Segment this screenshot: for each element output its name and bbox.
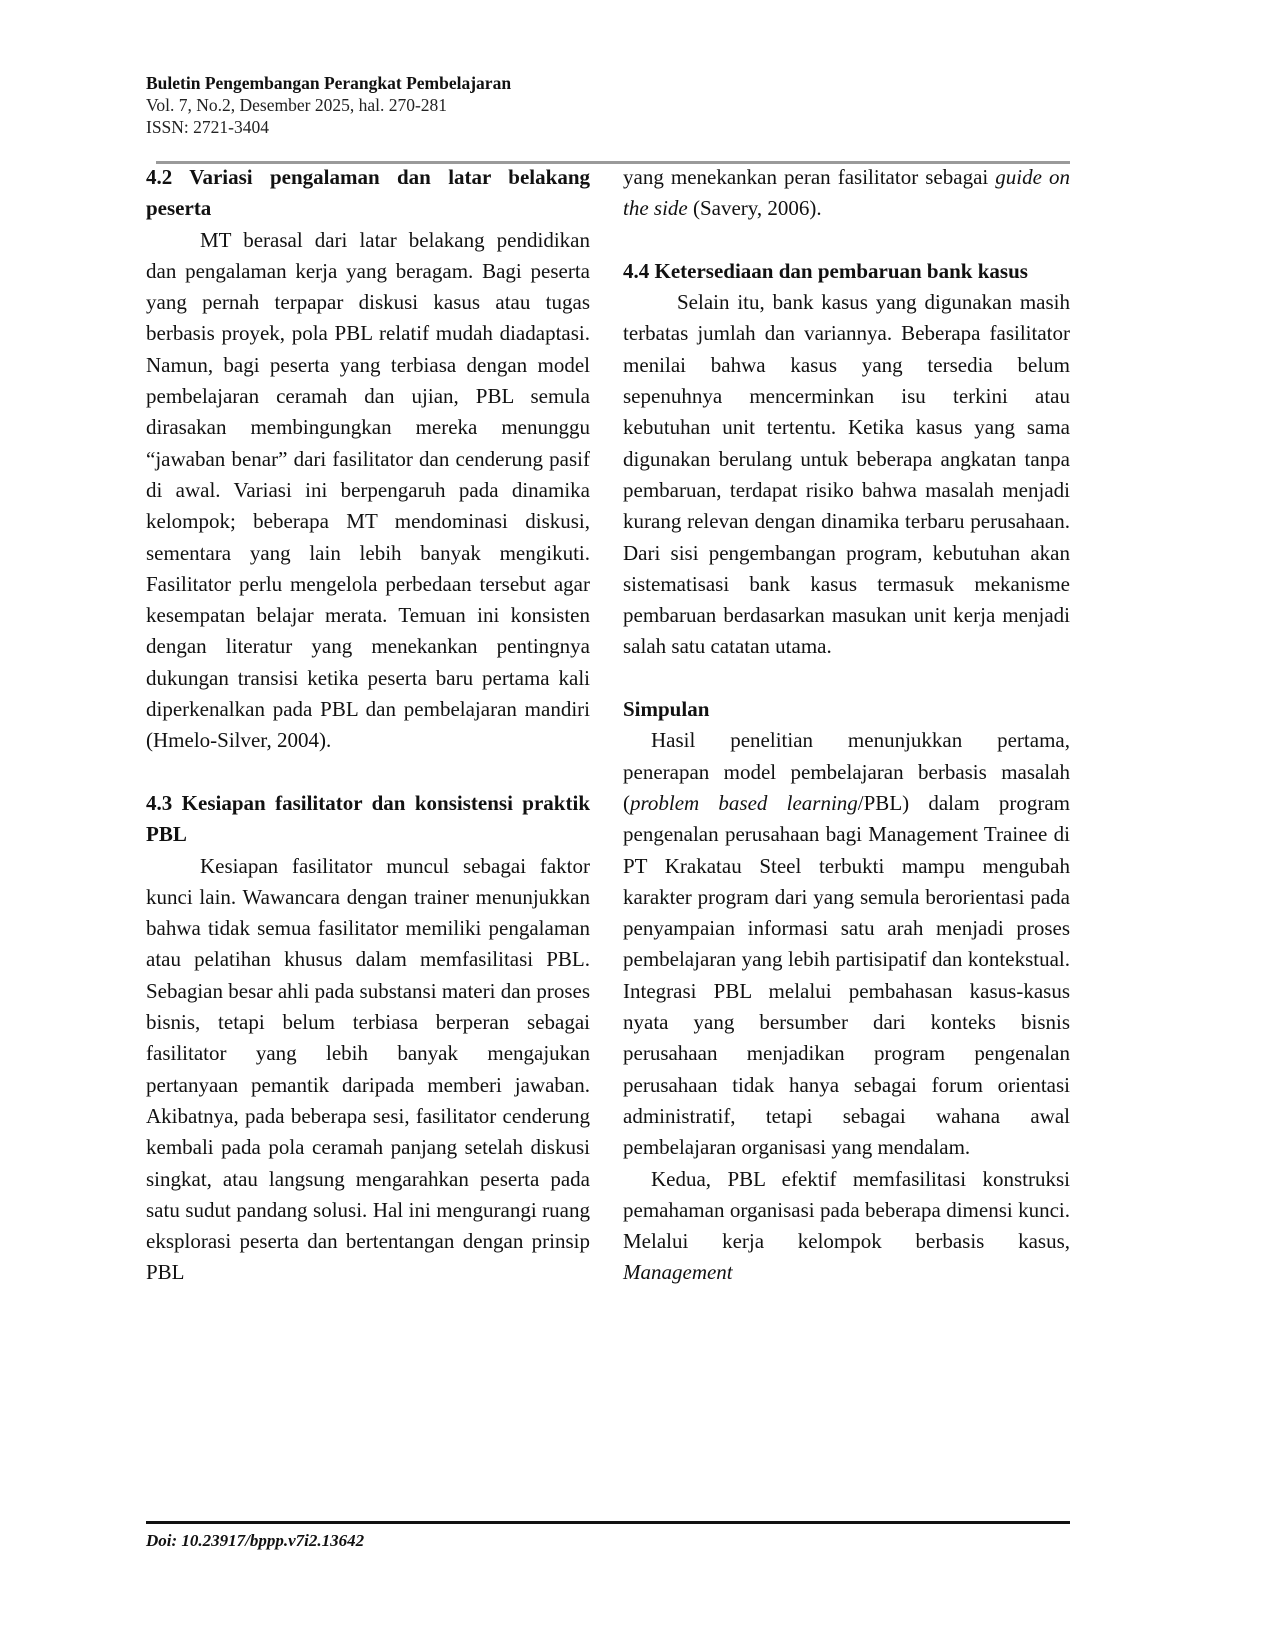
section-heading-4-4: 4.4 Ketersediaan dan pembaruan bank kasu… (623, 256, 1070, 287)
simpulan-p1-text-cont: /PBL) dalam program pengenalan perusahaa… (623, 791, 1070, 1159)
continuation-text: yang menekankan peran fasilitator sebaga… (623, 165, 995, 189)
italic-term: Management (623, 1260, 733, 1284)
section-heading-4-3: 4.3 Kesiapan fasilitator dan konsistensi… (146, 788, 590, 851)
footer-divider (146, 1521, 1070, 1524)
section-4-4-paragraph: Selain itu, bank kasus yang digunakan ma… (623, 287, 1070, 663)
section-4-3-paragraph: Kesiapan fasilitator muncul sebagai fakt… (146, 851, 590, 1289)
issn: ISSN: 2721-3404 (146, 116, 846, 138)
citation: (Savery, 2006). (688, 196, 822, 220)
continuation-paragraph: yang menekankan peran fasilitator sebaga… (623, 162, 1070, 225)
journal-title: Buletin Pengembangan Perangkat Pembelaja… (146, 72, 846, 94)
right-column: yang menekankan peran fasilitator sebaga… (623, 162, 1070, 1289)
simpulan-heading: Simpulan (623, 694, 1070, 725)
section-4-2-paragraph: MT berasal dari latar belakang pendidika… (146, 225, 590, 757)
italic-term: problem based learning (630, 791, 858, 815)
spacer (623, 225, 1070, 256)
left-column: 4.2 Variasi pengalaman dan latar belakan… (146, 162, 590, 1289)
spacer (146, 757, 590, 788)
spacer (623, 663, 1070, 694)
simpulan-paragraph-1: Hasil penelitian menunjukkan pertama, pe… (623, 725, 1070, 1163)
simpulan-paragraph-2: Kedua, PBL efektif memfasilitasi konstru… (623, 1164, 1070, 1289)
volume-info: Vol. 7, No.2, Desember 2025, hal. 270-28… (146, 94, 846, 116)
running-header: Buletin Pengembangan Perangkat Pembelaja… (146, 72, 846, 138)
section-heading-4-2: 4.2 Variasi pengalaman dan latar belakan… (146, 162, 590, 225)
doi-link[interactable]: Doi: 10.23917/bppp.v7i2.13642 (146, 1531, 364, 1551)
simpulan-p2-text: Kedua, PBL efektif memfasilitasi konstru… (623, 1167, 1070, 1254)
